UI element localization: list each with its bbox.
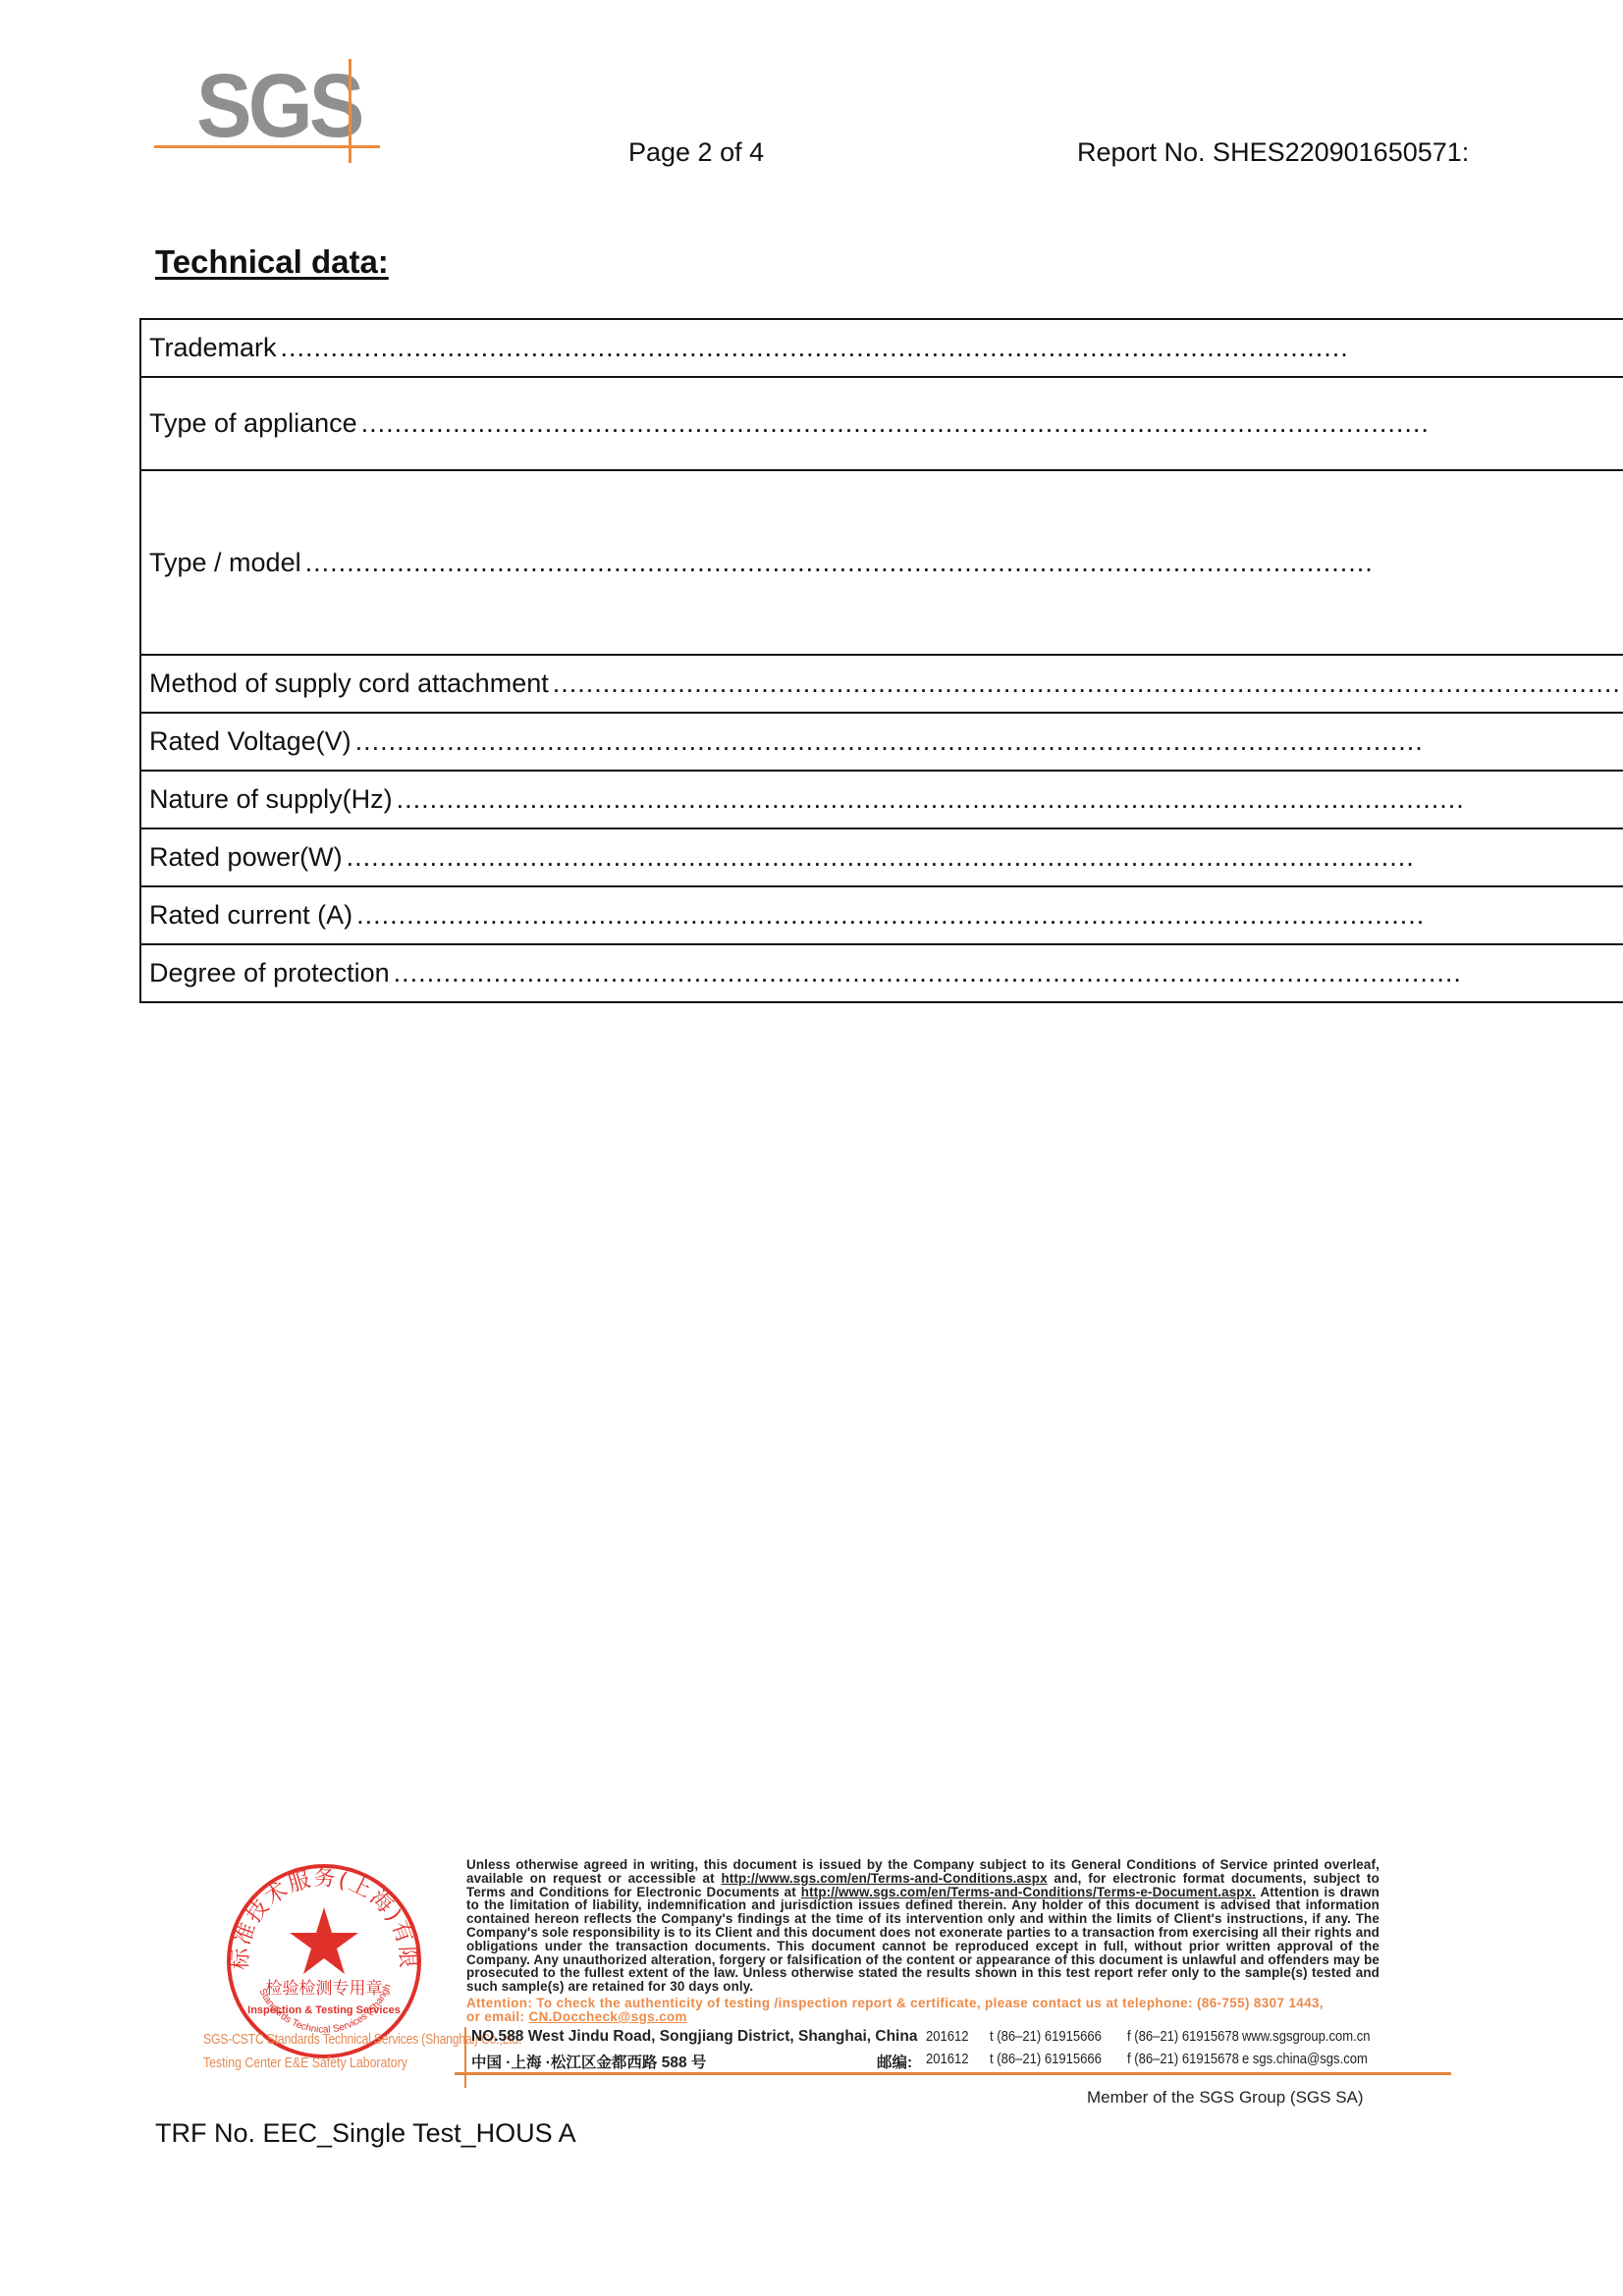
report-number: Report No. SHES220901650571:	[1077, 137, 1469, 168]
table-row: Type of appliance.......................…	[140, 377, 1623, 470]
address-vertical-line	[464, 2027, 466, 2088]
table-row: Degree of protection....................…	[140, 944, 1623, 1002]
row-label: Method of supply cord attachment	[149, 668, 549, 699]
row-label-cell: Degree of protection....................…	[140, 944, 1623, 1002]
row-label: Rated Voltage(V)	[149, 726, 352, 757]
row-label: Nature of supply(Hz)	[149, 784, 393, 815]
telephone: t (86–21) 61915666	[990, 2029, 1102, 2045]
logo-vertical-line	[349, 59, 352, 163]
address-english: NO.588 West Jindu Road, Songjiang Distri…	[471, 2028, 917, 2046]
fax-2: f (86–21) 61915678	[1127, 2052, 1239, 2067]
leader-dots: ........................................…	[390, 958, 1621, 988]
row-label-cell: Method of supply cord attachment........…	[140, 655, 1623, 713]
leader-dots: ........................................…	[393, 784, 1621, 815]
trf-number: TRF No. EEC_Single Test_HOUS A	[155, 2118, 576, 2149]
row-label: Rated current (A)	[149, 900, 352, 931]
row-label-cell: Type / model............................…	[140, 470, 1623, 655]
table-row: Rated power(W)..........................…	[140, 828, 1623, 886]
postcode: 201612	[926, 2029, 969, 2045]
row-label: Type of appliance	[149, 408, 357, 439]
leader-dots: ........................................…	[352, 900, 1621, 931]
fax: f (86–21) 61915678	[1127, 2029, 1239, 2045]
telephone-2: t (86–21) 61915666	[990, 2052, 1102, 2067]
row-label: Type / model	[149, 548, 301, 578]
table-row: Rated Voltage(V)........................…	[140, 713, 1623, 771]
table-row: Nature of supply(Hz)....................…	[140, 771, 1623, 828]
row-label: Rated power(W)	[149, 842, 343, 873]
address-chinese: 中国 ·上海 ·松江区金都西路 588 号	[471, 2051, 706, 2072]
logo-horizontal-line	[154, 145, 380, 148]
technical-data-table: Trademark...............................…	[139, 318, 1623, 1003]
attention-email-prefix: or email:	[466, 2009, 529, 2024]
row-label-cell: Rated current (A).......................…	[140, 886, 1623, 944]
leader-dots: ........................................…	[549, 668, 1621, 699]
row-label: Degree of protection	[149, 958, 390, 988]
postcode-label-chinese: 邮编:	[877, 2051, 912, 2072]
disclaimer-text: Unless otherwise agreed in writing, this…	[466, 1858, 1380, 1994]
table-row: Rated current (A).......................…	[140, 886, 1623, 944]
postcode-2: 201612	[926, 2052, 969, 2067]
row-label-cell: Type of appliance.......................…	[140, 377, 1623, 470]
website-link[interactable]: www.sgsgroup.com.cn	[1242, 2029, 1371, 2045]
leader-dots: ........................................…	[301, 548, 1621, 578]
row-label: Trademark	[149, 333, 277, 363]
member-of-sgs-group: Member of the SGS Group (SGS SA)	[1087, 2088, 1364, 2108]
row-label-cell: Trademark...............................…	[140, 319, 1623, 377]
stamp-chinese-center: 检验检测专用章	[266, 1978, 383, 1999]
attention-notice: Attention: To check the authenticity of …	[466, 1997, 1384, 2024]
row-label-cell: Rated Voltage(V)........................…	[140, 713, 1623, 771]
leader-dots: ........................................…	[277, 333, 1621, 363]
disclaimer-part3: Attention is drawn to the limitation of …	[466, 1885, 1380, 1995]
terms-e-document-link[interactable]: http://www.sgs.com/en/Terms-and-Conditio…	[801, 1885, 1256, 1899]
attention-text: Attention: To check the authenticity of …	[466, 1997, 1384, 2010]
leader-dots: ........................................…	[343, 842, 1621, 873]
leader-dots: ........................................…	[357, 408, 1621, 439]
doccheck-email-link[interactable]: CN.Doccheck@sgs.com	[529, 2009, 687, 2024]
table-row: Method of supply cord attachment........…	[140, 655, 1623, 713]
table-row: Type / model............................…	[140, 470, 1623, 655]
terms-conditions-link[interactable]: http://www.sgs.com/en/Terms-and-Conditio…	[722, 1871, 1048, 1886]
sgs-logo: SGS	[152, 57, 383, 165]
address-horizontal-line	[455, 2072, 1451, 2075]
email-link[interactable]: e sgs.china@sgs.com	[1242, 2052, 1368, 2067]
leader-dots: ........................................…	[352, 726, 1621, 757]
star-icon	[290, 1907, 358, 1974]
row-label-cell: Rated power(W)..........................…	[140, 828, 1623, 886]
section-title: Technical data:	[155, 243, 389, 281]
table-row: Trademark...............................…	[140, 319, 1623, 377]
sgs-logo-text: SGS	[196, 61, 361, 151]
page-number: Page 2 of 4	[628, 137, 764, 168]
row-label-cell: Nature of supply(Hz)....................…	[140, 771, 1623, 828]
laboratory-name: Testing Center E&E Safety Laboratory	[203, 2055, 407, 2071]
